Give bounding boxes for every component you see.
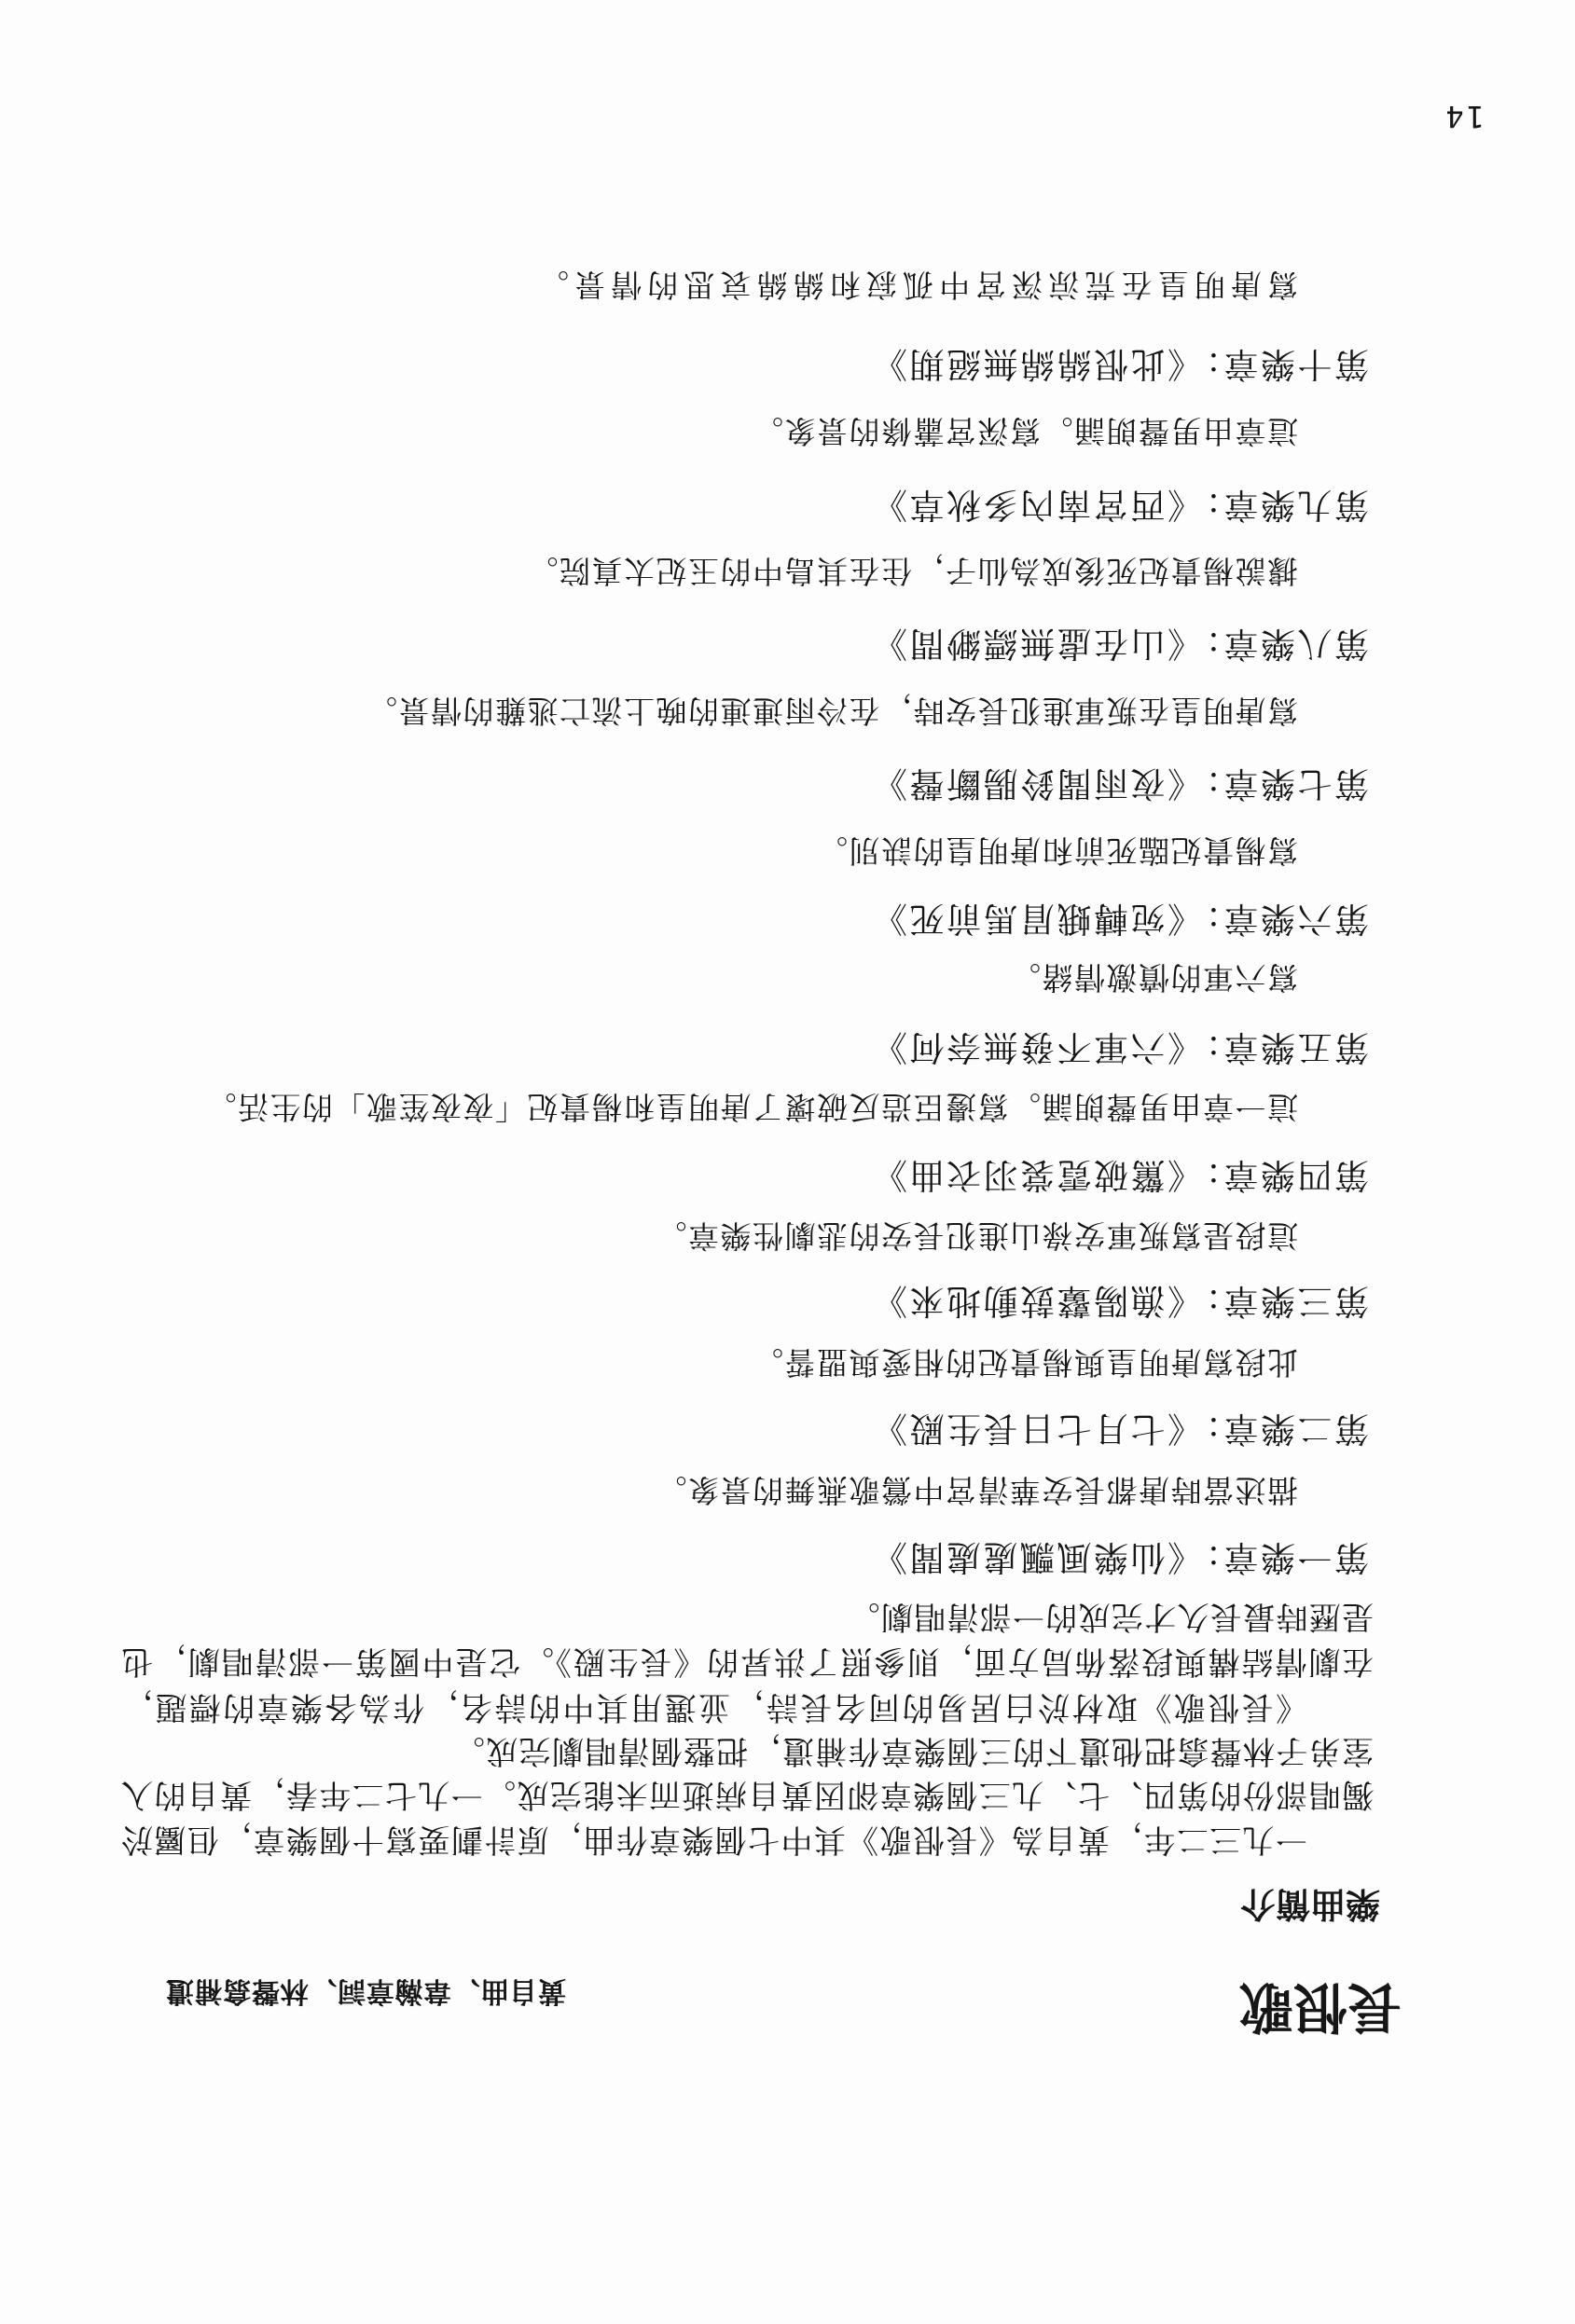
movement-description: 這段是寫叛軍安祿山進犯長安的悲劇性樂章。	[655, 1217, 1298, 1253]
movement-heading: 第三樂章：《漁陽鼙鼓動地來》	[871, 1281, 1370, 1320]
movement-description: 寫唐明皇在叛軍進犯長安時，在冷雨連連的晚上流亡逃難的情景。	[366, 693, 1299, 728]
movement-description: 據說楊貴妃死後成為仙子，住在其島中的玉妃太真院。	[526, 553, 1298, 588]
paragraph-line: 是歷時最長久才完成的一部清唱劇。	[847, 1598, 1374, 1635]
movement-description: 此段寫唐明皇與楊貴妃的相愛與盟誓。	[752, 1344, 1299, 1380]
movement-heading: 第七樂章：《夜雨聞鈴腸斷聲》	[871, 763, 1370, 803]
movement-heading: 第一樂章：《仙樂風飄處處聞》	[871, 1537, 1370, 1576]
movement-description: 寫唐明皇在荒涼深宮中孤寂和綿綿哀思的情景。	[538, 267, 1298, 302]
movement-description: 這章由男聲朗誦。寫深宮蕭條的景象。	[752, 413, 1299, 448]
movement-heading: 第九樂章：《西宮南內多秋草》	[871, 485, 1370, 524]
movement-description: 寫六軍的憤激情緒。	[1009, 959, 1299, 995]
movement-description: 寫楊貴妃臨死前和唐明皇的訣別。	[816, 832, 1299, 868]
movement-heading: 第八樂章：《山在虛無縹緲間》	[871, 624, 1370, 663]
scanned-page: 長恨歌 黃自曲、韋瀚章詞、林聲翕補遺 樂曲簡介 一九三二年，黃自為《長恨歌》其中…	[0, 0, 1575, 2324]
paragraph-line: 《長恨歌》取材於白居易的同名長詩，並選用其中的詩名，作為各樂章的標題，	[121, 1688, 1307, 1726]
movement-heading: 第十樂章：《此恨綿綿無絕期》	[871, 344, 1370, 383]
intro-heading: 樂曲簡介	[1240, 1885, 1380, 1922]
paragraph-line: 獨唱部份的第四、七、九三個樂章卻因黃自病逝而未能完成。一九七二年春，黃自的入	[121, 1776, 1374, 1813]
movement-heading: 第五樂章：《六軍不發無奈何》	[871, 1027, 1370, 1066]
movement-description: 描述當時唐都長安華清宮中鶯歌燕舞的景象。	[655, 1472, 1298, 1507]
credits-line: 黃自曲、韋瀚章詞、林聲翕補遺	[165, 1974, 566, 2006]
movement-heading: 第四樂章：《驚破霓裳羽衣曲》	[871, 1155, 1370, 1194]
paragraph-line: 室弟子林聲翕把他遺下的三個樂章作補遺，把整個清唱劇完成。	[452, 1732, 1374, 1769]
paragraph-line: 在劇情結構與段落佈局方面，則參照了洪昇的《長生殿》。它是中國第一部清唱劇，也	[121, 1643, 1374, 1680]
page-title: 長恨歌	[1239, 1979, 1402, 2035]
movement-heading: 第六樂章：《宛轉蛾眉馬前死》	[871, 899, 1370, 938]
movement-description: 這一章由男聲朗誦。寫邊臣造反破壞了唐明皇和楊貴妃「夜夜笙歌」的生活。	[204, 1089, 1298, 1124]
paragraph-line: 一九三二年，黃自為《長恨歌》其中七個樂章作曲，原計劃要寫十個樂章，但屬於	[121, 1821, 1307, 1858]
movement-heading: 第二樂章：《七月七日長生殿》	[871, 1409, 1370, 1448]
page-number: 14	[1443, 100, 1485, 133]
